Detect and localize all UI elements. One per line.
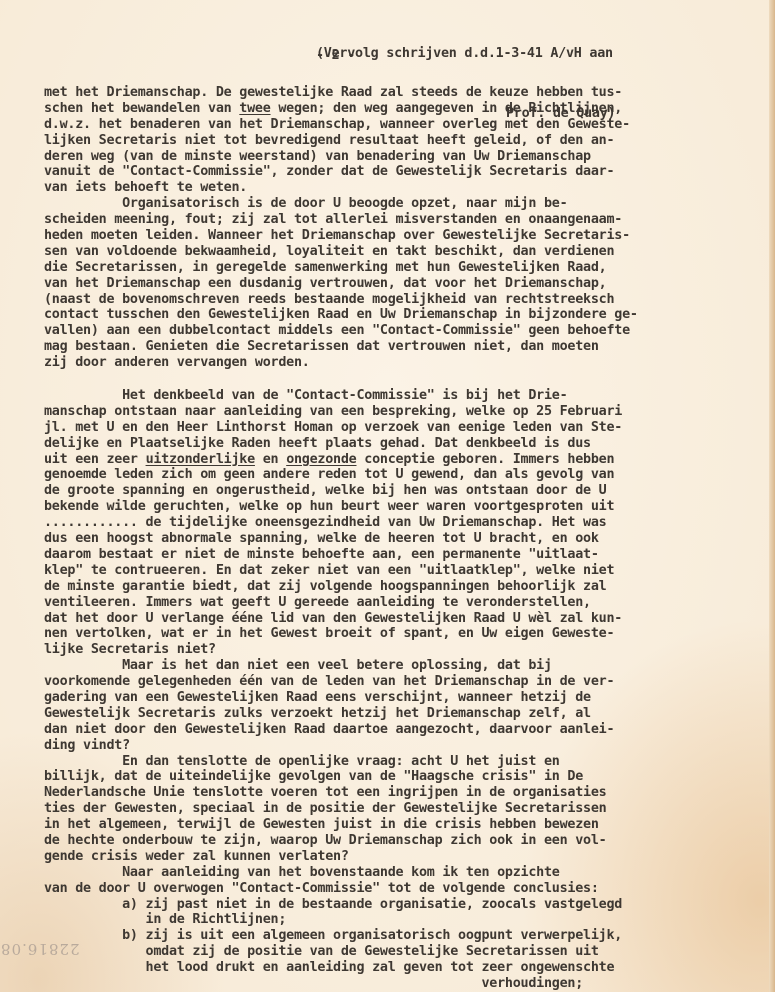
text-line: ties der Gewesten, speciaal in de positi… bbox=[44, 801, 764, 817]
text-line: b) zij is uit een algemeen organisatoris… bbox=[44, 928, 764, 944]
text-line: dat het door U verlange ééne lid van den… bbox=[44, 611, 764, 627]
text-line: d.w.z. het benaderen van het Driemanscha… bbox=[44, 117, 764, 133]
text-line: van het Driemanschap een dusdanig vertro… bbox=[44, 276, 764, 292]
text-line: klep" te contrueeren. En dat zeker niet … bbox=[44, 563, 764, 579]
paragraph: met het Driemanschap. De gewestelijke Ra… bbox=[44, 85, 764, 196]
text-line: vanuit de "Contact-Commissie", zonder da… bbox=[44, 164, 764, 180]
text-line: Nederlandsche Unie tenslotte voeren tot … bbox=[44, 785, 764, 801]
text-line: Organisatorisch is de door U beoogde opz… bbox=[44, 196, 764, 212]
text-line: die Secretarissen, in geregelde samenwer… bbox=[44, 260, 764, 276]
document-page: (Vervolg schrijven d.d.1-3-41 A/vH aan P… bbox=[0, 0, 775, 1000]
text-line: mag bestaan. Genieten die Secretarissen … bbox=[44, 339, 764, 355]
text-line: Gewestelijk Secretaris zulks verzoekt he… bbox=[44, 706, 764, 722]
text-line: daarom bestaat er niet de minste behoeft… bbox=[44, 547, 764, 563]
text-line: voorkomende gelegenheden één van de lede… bbox=[44, 674, 764, 690]
letter-body: met het Driemanschap. De gewestelijke Ra… bbox=[44, 85, 764, 992]
paragraph: Naar aanleiding van het bovenstaande kom… bbox=[44, 865, 764, 992]
text-line: ............ de tijdelijke oneensgezindh… bbox=[44, 515, 764, 531]
paragraph: En dan tenslotte de openlijke vraag: ach… bbox=[44, 754, 764, 865]
text-line: uit een zeer uitzonderlijke en ongezonde… bbox=[44, 452, 764, 468]
text-line: van de door U overwogen "Contact-Commiss… bbox=[44, 881, 764, 897]
text-line: jl. met U en den Heer Linthorst Homan op… bbox=[44, 420, 764, 436]
scan-border bbox=[0, 992, 775, 1000]
text-line: in de Richtlijnen; bbox=[44, 912, 764, 928]
text-line: zij door anderen vervangen worden. bbox=[44, 355, 764, 371]
text-line: (naast de bovenomschreven reeds bestaand… bbox=[44, 292, 764, 308]
text-line: nen vertolken, wat er in het Gewest broe… bbox=[44, 626, 764, 642]
page-number: - 2 - bbox=[316, 48, 355, 63]
text-line: bekende wilde geruchten, welke op hun be… bbox=[44, 499, 764, 515]
text-line: in het algemeen, terwijl de Gewesten jui… bbox=[44, 817, 764, 833]
underlined-word: uitzonderlijke bbox=[146, 452, 255, 467]
text-line: ding vindt? bbox=[44, 738, 764, 754]
text-line: heden moeten leiden. Wanneer het Drieman… bbox=[44, 228, 764, 244]
text-line: met het Driemanschap. De gewestelijke Ra… bbox=[44, 85, 764, 101]
text-line: lijken Secretaris niet tot bevredigend r… bbox=[44, 133, 764, 149]
text-line: van iets behoeft te weten. bbox=[44, 180, 764, 196]
paragraph: Maar is het dan niet een veel betere opl… bbox=[44, 658, 764, 753]
text-line: omdat zij de positie van de Gewestelijke… bbox=[44, 944, 764, 960]
underlined-word: twee bbox=[239, 101, 270, 116]
text-line: sen van voldoende bekwaamheid, loyalitei… bbox=[44, 244, 764, 260]
text-line: manschap ontstaan naar aanleiding van ee… bbox=[44, 404, 764, 420]
text-line: de groote spanning en ongerustheid, welk… bbox=[44, 483, 764, 499]
text-line: gende crisis weder zal kunnen verlaten? bbox=[44, 849, 764, 865]
text-line: billijk, dat de uiteindelijke gevolgen v… bbox=[44, 769, 764, 785]
paragraph: Organisatorisch is de door U beoogde opz… bbox=[44, 196, 764, 371]
text-line: dan niet door den Gewestelijken Raad daa… bbox=[44, 722, 764, 738]
text-line: En dan tenslotte de openlijke vraag: ach… bbox=[44, 754, 764, 770]
underlined-word: ongezonde bbox=[286, 452, 356, 467]
text-line: dus een hoogst abnormale spanning, welke… bbox=[44, 531, 764, 547]
text-line: contact tusschen den Gewestelijken Raad … bbox=[44, 307, 764, 323]
text-line: gadering van een Gewestelijken Raad eens… bbox=[44, 690, 764, 706]
paragraph: Het denkbeeld van de "Contact-Commissie"… bbox=[44, 388, 764, 658]
text-line: deren weg (van de minste weerstand) van … bbox=[44, 149, 764, 165]
text-line: a) zij past niet in de bestaande organis… bbox=[44, 897, 764, 913]
text-line: ventileeren. Immers wat geeft U gereede … bbox=[44, 595, 764, 611]
text-line: de hechte onderbouw te zijn, waarop Uw D… bbox=[44, 833, 764, 849]
text-line: het lood drukt en aanleiding zal geven t… bbox=[44, 960, 764, 976]
text-line: delijke en Plaatselijke Raden heeft plaa… bbox=[44, 436, 764, 452]
paragraph-spacer bbox=[44, 371, 764, 388]
text-line: vallen) aan een dubbelcontact middels ee… bbox=[44, 323, 764, 339]
text-line: Maar is het dan niet een veel betere opl… bbox=[44, 658, 764, 674]
text-line: genoemde leden zich om geen andere reden… bbox=[44, 467, 764, 483]
paper-edge bbox=[769, 0, 775, 1000]
text-line: lijke Secretaris niet? bbox=[44, 642, 764, 658]
text-line: Het denkbeeld van de "Contact-Commissie"… bbox=[44, 388, 764, 404]
header-line-1: (Vervolg schrijven d.d.1-3-41 A/vH aan bbox=[316, 44, 615, 64]
text-line: Naar aanleiding van het bovenstaande kom… bbox=[44, 865, 764, 881]
text-line: scheiden meening, fout; zij zal tot alle… bbox=[44, 212, 764, 228]
text-line: schen het bewandelen van twee wegen; den… bbox=[44, 101, 764, 117]
text-line: verhoudingen; bbox=[44, 976, 764, 992]
pencil-margin-annotation: 22816.08 bbox=[0, 940, 80, 958]
text-line: de minste garantie biedt, dat zij volgen… bbox=[44, 579, 764, 595]
